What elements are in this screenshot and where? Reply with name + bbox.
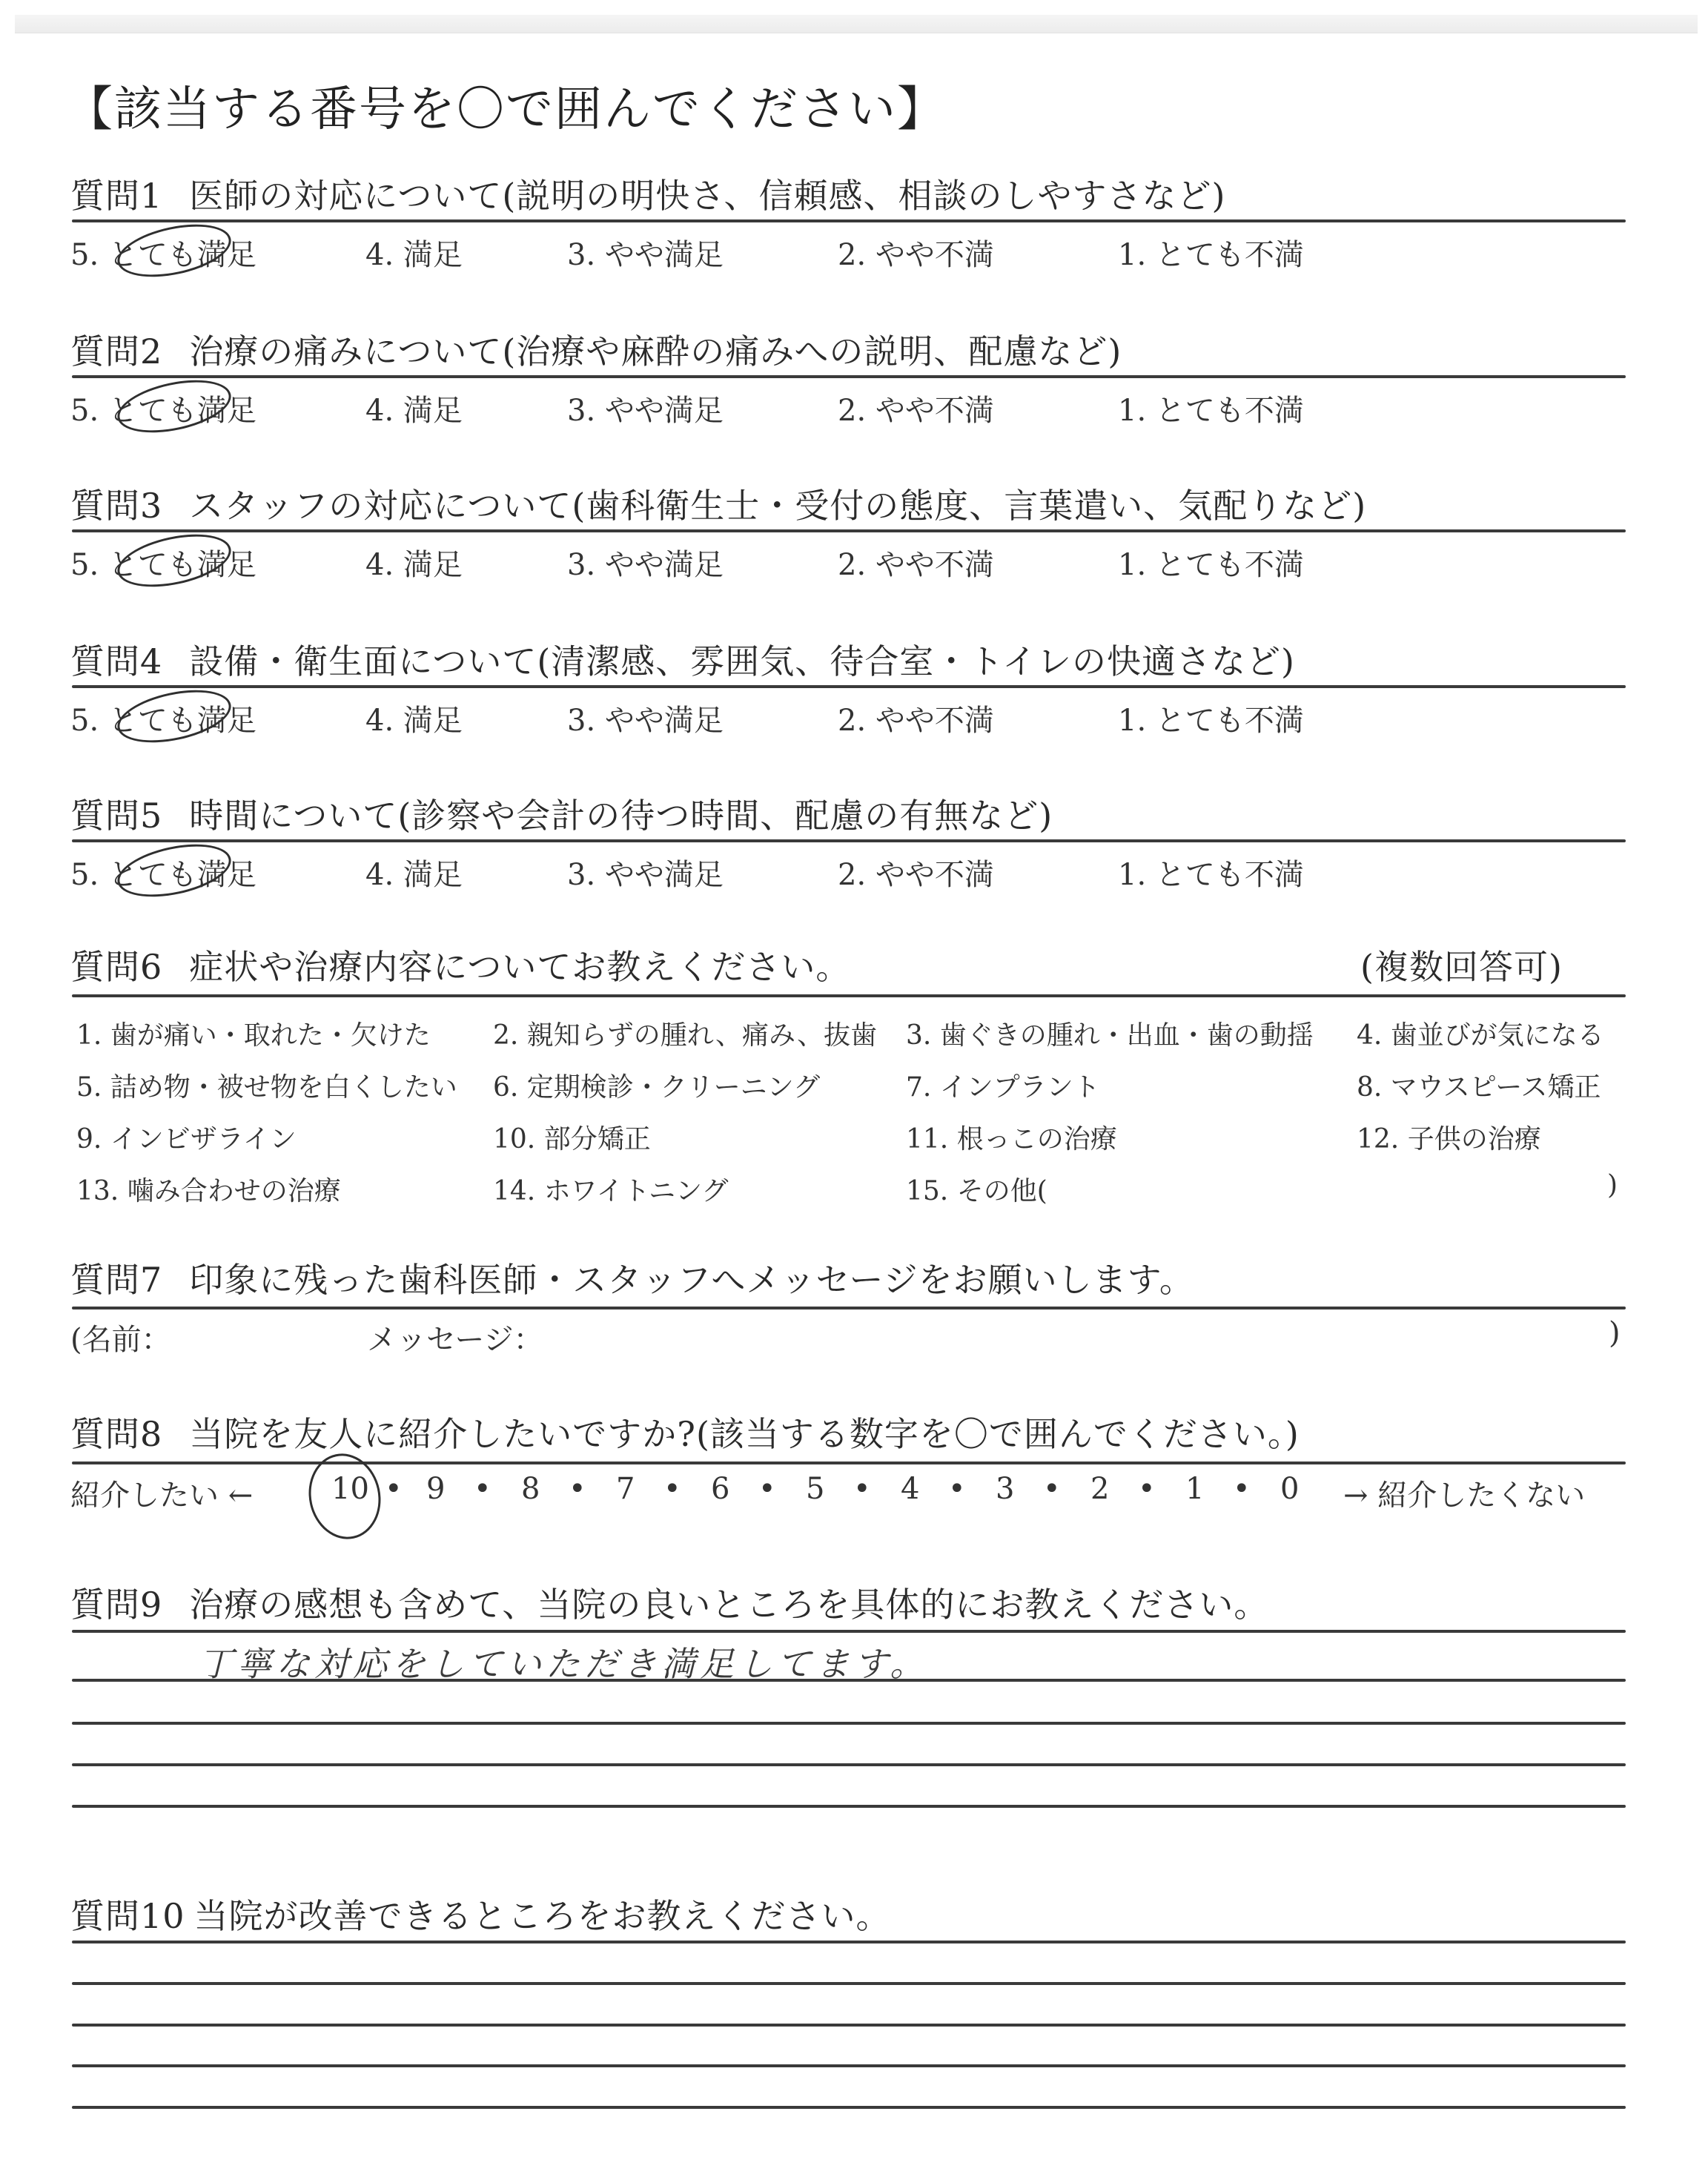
q6-option[interactable]: 14. ホワイトニング — [493, 1170, 728, 1208]
q8-scale-value[interactable]: 6 — [711, 1472, 729, 1506]
q9-heading: 質問9治療の感想も含めて、当院の良いところを具体的にお教えください。 — [70, 1578, 1268, 1627]
q6-option[interactable]: 10. 部分矯正 — [493, 1118, 651, 1156]
q3-option[interactable]: 1. とても不満 — [1118, 541, 1304, 584]
q5-option[interactable]: 4. 満足 — [365, 851, 463, 894]
q1-option[interactable]: 4. 満足 — [365, 231, 463, 274]
q2-text: 治療の痛みについて(治療や麻酔の痛みへの説明、配慮など) — [189, 331, 1122, 371]
q7-name-field[interactable]: (名前： — [70, 1316, 171, 1358]
q8-scale-separator: • — [1043, 1472, 1061, 1506]
q7-number: 質問7 — [70, 1260, 162, 1300]
q4-heading: 質問4設備・衛生面について(清潔感、雰囲気、待合室・トイレの快適さなど) — [70, 635, 1295, 684]
q2-underline — [72, 375, 1626, 378]
q8-right-label: → 紹介したくない — [1343, 1472, 1585, 1514]
q5-underline — [72, 839, 1626, 842]
q7-underline — [72, 1307, 1626, 1309]
q10-number: 質問10 — [70, 1896, 185, 1936]
q3-option[interactable]: 2. やや不満 — [838, 541, 994, 584]
q1-text: 医師の対応について(説明の明快さ、信頼感、相談のしやすさなど) — [189, 176, 1225, 216]
q2-option[interactable]: 4. 満足 — [365, 387, 463, 429]
q2-option[interactable]: 2. やや不満 — [838, 387, 994, 429]
q1-option[interactable]: 2. やや不満 — [838, 231, 994, 274]
q2-option[interactable]: 1. とても不満 — [1118, 387, 1304, 429]
q1-option[interactable]: 3. やや満足 — [567, 231, 724, 274]
scan-edge — [15, 15, 1698, 33]
q4-option[interactable]: 2. やや不満 — [838, 697, 994, 739]
q6-option[interactable]: 1. 歯が痛い・取れた・欠けた — [76, 1014, 431, 1052]
q6-option[interactable]: 2. 親知らずの腫れ、痛み、抜歯 — [493, 1014, 877, 1052]
q5-option[interactable]: 2. やや不満 — [838, 851, 994, 894]
q4-underline — [72, 685, 1626, 688]
q10-answer-line[interactable] — [72, 1982, 1626, 1985]
q5-option[interactable]: 3. やや満足 — [567, 851, 724, 894]
q8-scale-separator: • — [1233, 1472, 1251, 1506]
selection-circle-mark — [113, 525, 236, 595]
q8-number: 質問8 — [70, 1414, 162, 1454]
selection-circle-mark — [113, 215, 236, 285]
q8-text: 当院を友人に紹介したいですか?(該当する数字を〇で囲んでください。) — [189, 1414, 1300, 1454]
q8-scale-value[interactable]: 0 — [1280, 1472, 1299, 1506]
q8-scale-separator: • — [853, 1472, 871, 1506]
q3-text: スタッフの対応について(歯科衛生士・受付の態度、言葉遣い、気配りなど) — [189, 486, 1366, 526]
selection-circle-mark — [113, 681, 236, 751]
q4-number: 質問4 — [70, 641, 162, 681]
selection-circle-mark — [113, 371, 236, 441]
q8-scale-separator: • — [758, 1472, 776, 1506]
selection-circle-mark — [113, 835, 236, 905]
q8-scale-value[interactable]: 9 — [426, 1472, 445, 1506]
q5-text: 時間について(診察や会計の待つ時間、配慮の有無など) — [189, 796, 1053, 836]
q6-option[interactable]: 11. 根っこの治療 — [906, 1118, 1117, 1156]
q9-answer-line — [72, 1805, 1626, 1808]
q8-heading: 質問8当院を友人に紹介したいですか?(該当する数字を〇で囲んでください。) — [70, 1407, 1300, 1456]
q9-answer-line — [72, 1722, 1626, 1725]
q6-multiple-note: (複数回答可) — [1360, 940, 1563, 989]
q6-underline — [72, 994, 1626, 997]
q8-scale-value[interactable]: 7 — [616, 1472, 635, 1506]
q6-option[interactable]: 8. マウスピース矯正 — [1357, 1066, 1601, 1104]
q4-option[interactable]: 1. とても不満 — [1118, 697, 1304, 739]
q8-scale-value[interactable]: 5 — [806, 1472, 824, 1506]
q8-scale-separator: • — [474, 1472, 491, 1506]
q6-option[interactable]: 9. インビザライン — [76, 1118, 297, 1156]
q4-option[interactable]: 4. 満足 — [365, 697, 463, 739]
q8-scale-value[interactable]: 2 — [1090, 1472, 1109, 1506]
q8-scale-value[interactable]: 1 — [1185, 1472, 1204, 1506]
q8-underline — [72, 1462, 1626, 1464]
q6-option[interactable]: 4. 歯並びが気になる — [1357, 1014, 1604, 1052]
q10-underline — [72, 1941, 1626, 1943]
q9-answer-line — [72, 1679, 1626, 1682]
q7-heading: 質問7印象に残った歯科医師・スタッフへメッセージをお願いします。 — [70, 1253, 1194, 1302]
q6-option[interactable]: 15. その他( — [906, 1170, 1047, 1208]
q6-option[interactable]: 6. 定期検診・クリーニング — [493, 1066, 820, 1104]
q5-heading: 質問5時間について(診察や会計の待つ時間、配慮の有無など) — [70, 789, 1053, 838]
q7-text: 印象に残った歯科医師・スタッフへメッセージをお願いします。 — [189, 1260, 1194, 1300]
q10-text: 当院が改善できるところをお教えください。 — [194, 1896, 891, 1936]
q8-scale-separator: • — [1138, 1472, 1156, 1506]
q7-message-field[interactable]: メッセージ： — [367, 1316, 543, 1358]
q1-option[interactable]: 1. とても不満 — [1118, 231, 1304, 274]
q10-answer-line[interactable] — [72, 2106, 1626, 2109]
q6-text: 症状や治療内容についてお教えください。 — [189, 947, 850, 987]
q5-option[interactable]: 1. とても不満 — [1118, 851, 1304, 894]
q10-answer-line[interactable] — [72, 2024, 1626, 2027]
q8-scale-value[interactable]: 8 — [521, 1472, 540, 1506]
q10-heading: 質問10当院が改善できるところをお教えください。 — [70, 1889, 891, 1938]
q6-option[interactable]: 13. 噛み合わせの治療 — [76, 1170, 341, 1208]
q4-option[interactable]: 3. やや満足 — [567, 697, 724, 739]
q8-scale-separator: • — [663, 1472, 681, 1506]
q3-option[interactable]: 4. 満足 — [365, 541, 463, 584]
q8-scale-separator: • — [385, 1472, 403, 1506]
q6-heading: 質問6症状や治療内容についてお教えください。 — [70, 940, 850, 989]
q3-number: 質問3 — [70, 486, 162, 526]
q2-heading: 質問2治療の痛みについて(治療や麻酔の痛みへの説明、配慮など) — [70, 325, 1122, 374]
q6-option[interactable]: 7. インプラント — [906, 1066, 1100, 1104]
q1-heading: 質問1医師の対応について(説明の明快さ、信頼感、相談のしやすさなど) — [70, 169, 1225, 218]
q5-number: 質問5 — [70, 796, 162, 836]
q9-number: 質問9 — [70, 1585, 162, 1625]
q1-number: 質問1 — [70, 176, 162, 216]
q8-scale-separator: • — [569, 1472, 586, 1506]
q3-heading: 質問3スタッフの対応について(歯科衛生士・受付の態度、言葉遣い、気配りなど) — [70, 479, 1366, 528]
q8-scale-value[interactable]: 3 — [996, 1472, 1014, 1506]
q6-number: 質問6 — [70, 947, 162, 987]
form-instruction: 【該当する番号を〇で囲んでください】 — [65, 71, 946, 139]
q6-option[interactable]: 12. 子供の治療 — [1357, 1118, 1541, 1156]
q3-underline — [72, 529, 1626, 532]
q8-scale-value[interactable]: 4 — [901, 1472, 919, 1506]
q9-underline — [72, 1630, 1626, 1633]
q2-option[interactable]: 3. やや満足 — [567, 387, 724, 429]
q3-option[interactable]: 3. やや満足 — [567, 541, 724, 584]
q6-option[interactable]: 3. 歯ぐきの腫れ・出血・歯の動揺 — [906, 1014, 1314, 1052]
q9-answer-line — [72, 1763, 1626, 1766]
q2-number: 質問2 — [70, 331, 162, 371]
q6-other-close-paren: ) — [1607, 1170, 1618, 1200]
q8-left-label: 紹介したい ← — [70, 1472, 253, 1514]
q7-close-paren: ) — [1609, 1316, 1621, 1350]
q9-text: 治療の感想も含めて、当院の良いところを具体的にお教えください。 — [189, 1585, 1268, 1625]
q4-text: 設備・衛生面について(清潔感、雰囲気、待合室・トイレの快適さなど) — [189, 641, 1295, 681]
q10-answer-line[interactable] — [72, 2064, 1626, 2067]
q8-scale-separator: • — [948, 1472, 966, 1506]
q6-option[interactable]: 5. 詰め物・被せ物を白くしたい — [76, 1066, 457, 1104]
q1-underline — [72, 219, 1626, 222]
